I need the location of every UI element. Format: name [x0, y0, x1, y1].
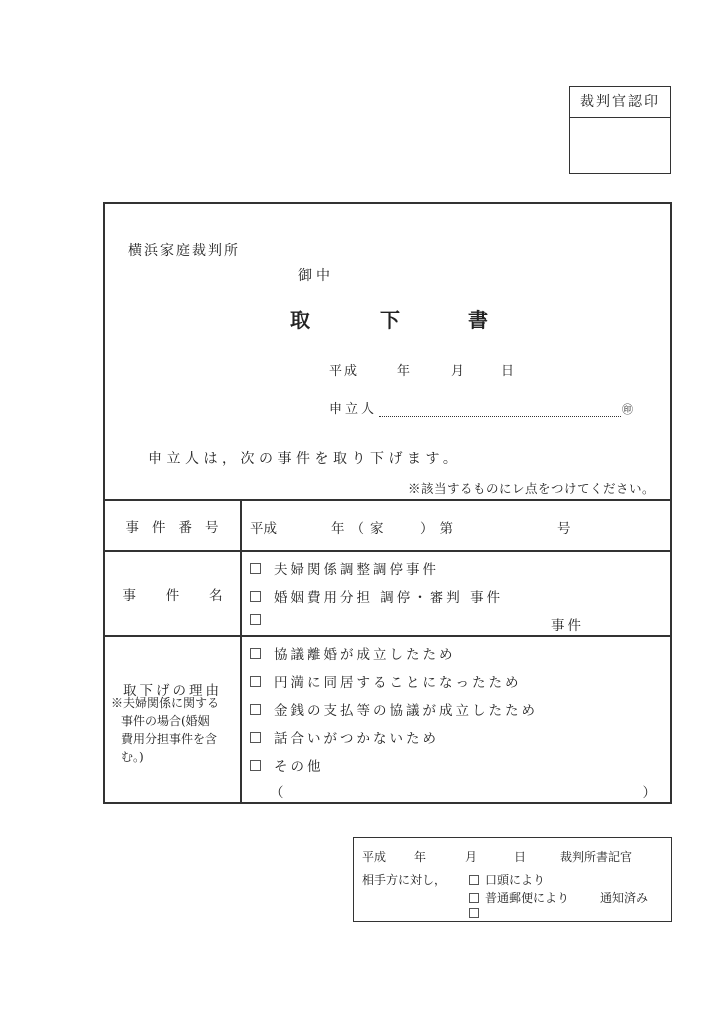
addressee-honorific: 御中 [298, 265, 334, 285]
judge-approval-label: 裁判官認印 [570, 87, 670, 118]
method-mail[interactable]: 普通郵便により [469, 889, 569, 906]
case-name-label: 事 件 名 [123, 584, 223, 604]
case-name-other-suffix: 事件 [551, 614, 584, 634]
case-name-label-char: 名 [209, 584, 223, 604]
option-label: 婚姻費用分担 調停・審判 事件 [274, 586, 503, 606]
reason-note-line: 事件の場合(婚姻 [111, 712, 237, 730]
checkbox[interactable] [250, 732, 261, 743]
reason-option-other[interactable]: その他 [250, 755, 324, 775]
clerk-date-day-label: 日 [514, 848, 526, 865]
checkbox[interactable] [250, 760, 261, 771]
case-number-label: 事件番号 [114, 516, 232, 536]
case-name-option-other[interactable] [250, 614, 274, 625]
reason-options: 協議離婚が成立したため 円満に同居することになったため 金銭の支払等の協議が成立… [242, 637, 670, 804]
option-label: 円満に同居することになったため [274, 671, 522, 691]
method-other[interactable] [469, 906, 485, 920]
other-reason-field[interactable] [290, 779, 640, 797]
option-label: 話合いがつかないため [274, 727, 439, 747]
case-name-label-char: 事 [123, 584, 137, 604]
reason-label-cell: 取下げの理由 ※夫婦関係に関する 事件の場合(婚姻 費用分担事件を含 む。) [105, 637, 242, 804]
title-char-2: 下 [380, 304, 400, 333]
reason-option-reconcile[interactable]: 円満に同居することになったため [250, 671, 522, 691]
seal-icon: ㊞ [622, 401, 633, 417]
method-oral[interactable]: 口頭により [469, 871, 545, 888]
checkbox[interactable] [250, 614, 261, 625]
date-era: 平成 [329, 360, 359, 379]
checkbox[interactable] [250, 648, 261, 659]
case-name-option-marital[interactable]: 夫婦関係調整調停事件 [250, 558, 439, 578]
checkbox[interactable] [469, 875, 479, 885]
reason-row: 取下げの理由 ※夫婦関係に関する 事件の場合(婚姻 費用分担事件を含 む。) 協… [105, 637, 670, 804]
case-number-close-part: ）第 [420, 517, 459, 537]
clerk-date-year-label: 年 [414, 848, 426, 865]
checkbox[interactable] [250, 704, 261, 715]
reason-note: ※夫婦関係に関する 事件の場合(婚姻 費用分担事件を含 む。) [111, 694, 237, 766]
applicant-row: 申立人 ㊞ [329, 398, 633, 417]
withdrawal-form: 横浜家庭裁判所 御中 取 下 書 平成 年 月 日 申立人 ㊞ 申立人は，次の事… [103, 202, 672, 804]
method-label: 口頭により [485, 873, 545, 887]
checkbox[interactable] [469, 893, 479, 903]
withdrawal-statement: 申立人は，次の事件を取り下げます。 [148, 448, 461, 468]
case-name-label-char: 件 [166, 584, 180, 604]
date-day-label: 日 [501, 360, 516, 379]
title-char-3: 書 [468, 304, 488, 333]
option-label: 協議離婚が成立したため [274, 643, 456, 663]
method-label: 普通郵便により [485, 891, 569, 905]
case-number-field[interactable]: 平成 年（家 ）第 号 [242, 501, 670, 550]
option-label: 夫婦関係調整調停事件 [274, 558, 439, 578]
date-year-field[interactable] [361, 360, 391, 376]
case-number-era: 平成 [250, 517, 277, 537]
other-reason-paren-close: ） [643, 781, 657, 801]
applicant-signature-line[interactable] [379, 401, 621, 417]
other-reason-paren-open: （ [270, 781, 284, 801]
reason-option-payment[interactable]: 金銭の支払等の協議が成立したため [250, 699, 538, 719]
case-number-suffix: 号 [557, 517, 571, 537]
case-name-label-cell: 事 件 名 [105, 552, 242, 635]
date-year-label: 年 [397, 360, 412, 379]
reason-note-line: 費用分担事件を含 [111, 730, 237, 748]
checkmark-instruction: ※該当するものにレ点をつけてください。 [408, 479, 655, 497]
case-number-row: 事件番号 平成 年（家 ）第 号 [105, 501, 670, 552]
checkbox[interactable] [469, 908, 479, 918]
checkbox[interactable] [250, 591, 261, 602]
applicant-label: 申立人 [329, 398, 377, 417]
clerk-title: 裁判所書記官 [560, 848, 632, 865]
case-name-option-support[interactable]: 婚姻費用分担 調停・審判 事件 [250, 586, 503, 606]
reason-note-line: む。) [111, 748, 237, 766]
case-name-options: 夫婦関係調整調停事件 婚姻費用分担 調停・審判 事件 事件 [242, 552, 670, 635]
checkbox[interactable] [250, 676, 261, 687]
option-label: 金銭の支払等の協議が成立したため [274, 699, 538, 719]
reason-option-no-agreement[interactable]: 話合いがつかないため [250, 727, 439, 747]
clerk-notification-box: 平成 年 月 日 裁判所書記官 相手方に対し， 口頭により 普通郵便により 通知… [353, 837, 672, 922]
court-name: 横浜家庭裁判所 [128, 240, 240, 260]
title-char-1: 取 [290, 304, 310, 333]
option-label: その他 [274, 755, 324, 775]
date-month-label: 月 [451, 360, 466, 379]
to-opponent-label: 相手方に対し， [362, 871, 446, 888]
case-number-label-cell: 事件番号 [105, 501, 242, 550]
checkbox[interactable] [250, 563, 261, 574]
clerk-date-era: 平成 [362, 848, 386, 865]
judge-approval-stamp-box: 裁判官認印 [569, 86, 671, 174]
case-name-row: 事 件 名 夫婦関係調整調停事件 婚姻費用分担 調停・審判 事件 [105, 552, 670, 637]
clerk-date-month-label: 月 [465, 848, 477, 865]
case-table: 事件番号 平成 年（家 ）第 号 事 件 名 夫婦関係調整調停事 [105, 499, 670, 804]
case-number-year-part: 年（家 [331, 517, 390, 537]
reason-option-divorce[interactable]: 協議離婚が成立したため [250, 643, 456, 663]
notified-label: 通知済み [600, 889, 648, 906]
reason-note-line: ※夫婦関係に関する [111, 694, 237, 712]
judge-stamp-area[interactable] [570, 118, 670, 173]
